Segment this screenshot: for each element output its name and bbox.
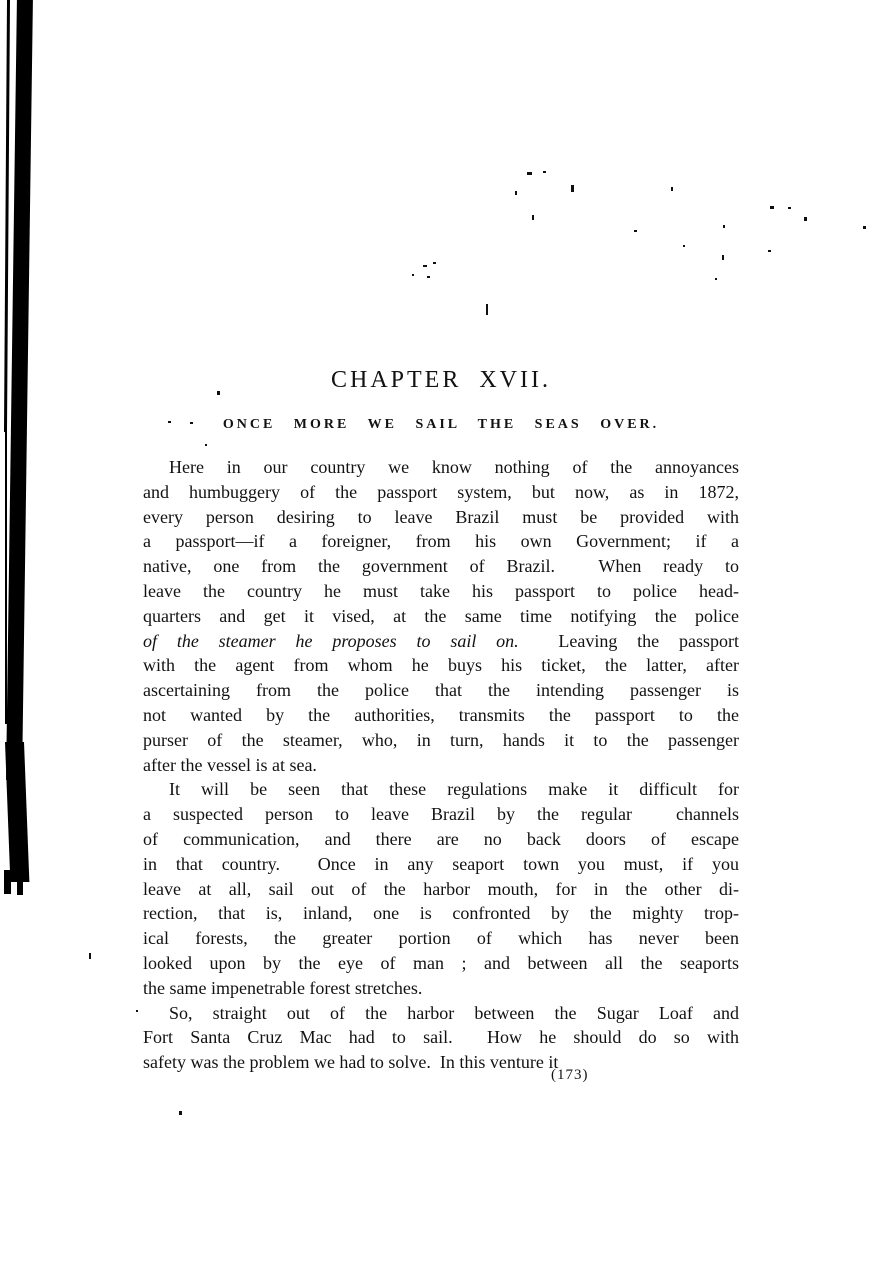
scan-speck [89, 953, 91, 959]
scan-speck [486, 304, 488, 315]
text-line: rection, that is, inland, one is confron… [143, 901, 739, 926]
binding-mark [17, 868, 23, 895]
text-block: CHAPTER XVII. ONCE MORE WE SAIL THE SEAS… [143, 366, 739, 394]
text-segment: every person desiring to leave Brazil mu… [143, 507, 739, 527]
binding-mark [4, 0, 10, 432]
text-segment: not wanted by the authorities, transmits… [143, 705, 739, 725]
scan-speck [571, 185, 574, 192]
scan-speck [179, 1111, 182, 1115]
scan-speck [433, 262, 436, 264]
text-line: native, one from the government of Brazi… [143, 554, 739, 579]
text-line: every person desiring to leave Brazil mu… [143, 505, 739, 530]
text-line: safety was the problem we had to solve. … [143, 1050, 739, 1075]
binding-mark [6, 0, 33, 780]
scan-speck [543, 171, 546, 173]
text-line: Fort Santa Cruz Mac had to sail. How he … [143, 1025, 739, 1050]
text-segment: ascertaining from the police that the in… [143, 680, 739, 700]
scan-speck [532, 215, 534, 220]
text-line: purser of the steamer, who, in turn, han… [143, 728, 739, 753]
text-segment: the same impenetrable forest stretches. [143, 978, 422, 998]
scan-speck [634, 230, 637, 232]
text-line: not wanted by the authorities, transmits… [143, 703, 739, 728]
text-line: leave the country he must take his passp… [143, 579, 739, 604]
text-line: ical forests, the greater portion of whi… [143, 926, 739, 951]
text-line: of the steamer he proposes to sail on. L… [143, 629, 739, 654]
text-segment: Fort Santa Cruz Mac had to sail. How he … [143, 1027, 739, 1047]
text-segment: quarters and get it vised, at the same t… [143, 606, 739, 626]
text-segment: with the agent from whom he buys his tic… [143, 655, 739, 675]
text-line: after the vessel is at sea. [143, 753, 739, 778]
scan-speck [804, 217, 807, 221]
text-line: and humbuggery of the passport system, b… [143, 480, 739, 505]
text-segment: rection, that is, inland, one is confron… [143, 903, 739, 923]
text-line: It will be seen that these regulations m… [143, 777, 739, 802]
scan-speck [515, 191, 517, 195]
text-segment: It will be seen that these regulations m… [169, 779, 739, 799]
scan-speck [671, 187, 673, 191]
text-line: leave at all, sail out of the harbor mou… [143, 877, 739, 902]
italic-phrase: of the steamer he proposes to sail on. [143, 631, 519, 651]
binding-mark [5, 742, 29, 882]
scan-speck [768, 250, 771, 252]
scan-speck [205, 444, 207, 446]
scan-speck [723, 225, 725, 228]
text-segment: native, one from the government of Brazi… [143, 556, 739, 576]
text-line: quarters and get it vised, at the same t… [143, 604, 739, 629]
page-number: (173) [551, 1067, 589, 1084]
text-line: Here in our country we know nothing of t… [143, 455, 739, 480]
text-segment: leave at all, sail out of the harbor mou… [143, 879, 739, 899]
text-segment: Leaving the passport [519, 631, 739, 651]
text-line: So, straight out of the harbor between t… [143, 1001, 739, 1026]
text-segment: a passport—if a foreigner, from his own … [143, 531, 739, 551]
text-line: a passport—if a foreigner, from his own … [143, 529, 739, 554]
scan-speck [136, 1010, 138, 1012]
scan-speck [683, 245, 685, 247]
scan-speck [217, 391, 220, 395]
text-segment: a suspected person to leave Brazil by th… [143, 804, 739, 824]
scan-speck [423, 265, 427, 267]
text-line: a suspected person to leave Brazil by th… [143, 802, 739, 827]
text-segment: and humbuggery of the passport system, b… [143, 482, 739, 502]
text-segment: Here in our country we know nothing of t… [169, 457, 739, 477]
text-segment: after the vessel is at sea. [143, 755, 317, 775]
body-text: Here in our country we know nothing of t… [143, 455, 739, 1075]
scan-speck [412, 274, 414, 276]
scan-speck [863, 226, 866, 229]
scan-speck [788, 207, 791, 209]
text-line: with the agent from whom he buys his tic… [143, 653, 739, 678]
text-segment: So, straight out of the harbor between t… [169, 1003, 739, 1023]
text-line: in that country. Once in any seaport tow… [143, 852, 739, 877]
scan-speck [427, 276, 430, 278]
scan-speck [527, 172, 532, 175]
scan-speck [168, 421, 171, 423]
text-segment: of communication, and there are no back … [143, 829, 739, 849]
text-line: of communication, and there are no back … [143, 827, 739, 852]
text-segment: looked upon by the eye of man ; and betw… [143, 953, 739, 973]
text-line: looked upon by the eye of man ; and betw… [143, 951, 739, 976]
scan-speck [722, 255, 724, 260]
text-line: the same impenetrable forest stretches. [143, 976, 739, 1001]
text-segment: ical forests, the greater portion of whi… [143, 928, 739, 948]
scan-speck [715, 278, 717, 280]
scan-speck [190, 422, 193, 424]
text-line: ascertaining from the police that the in… [143, 678, 739, 703]
scan-speck [770, 206, 774, 209]
chapter-heading: CHAPTER XVII. [143, 366, 739, 394]
chapter-subtitle: ONCE MORE WE SAIL THE SEAS OVER. [143, 416, 739, 433]
book-page: CHAPTER XVII. ONCE MORE WE SAIL THE SEAS… [0, 0, 872, 1282]
text-segment: safety was the problem we had to solve. … [143, 1052, 558, 1072]
text-segment: purser of the steamer, who, in turn, han… [143, 730, 739, 750]
binding-mark [5, 432, 7, 724]
text-segment: leave the country he must take his passp… [143, 581, 739, 601]
binding-mark [4, 870, 11, 894]
text-segment: in that country. Once in any seaport tow… [143, 854, 739, 874]
